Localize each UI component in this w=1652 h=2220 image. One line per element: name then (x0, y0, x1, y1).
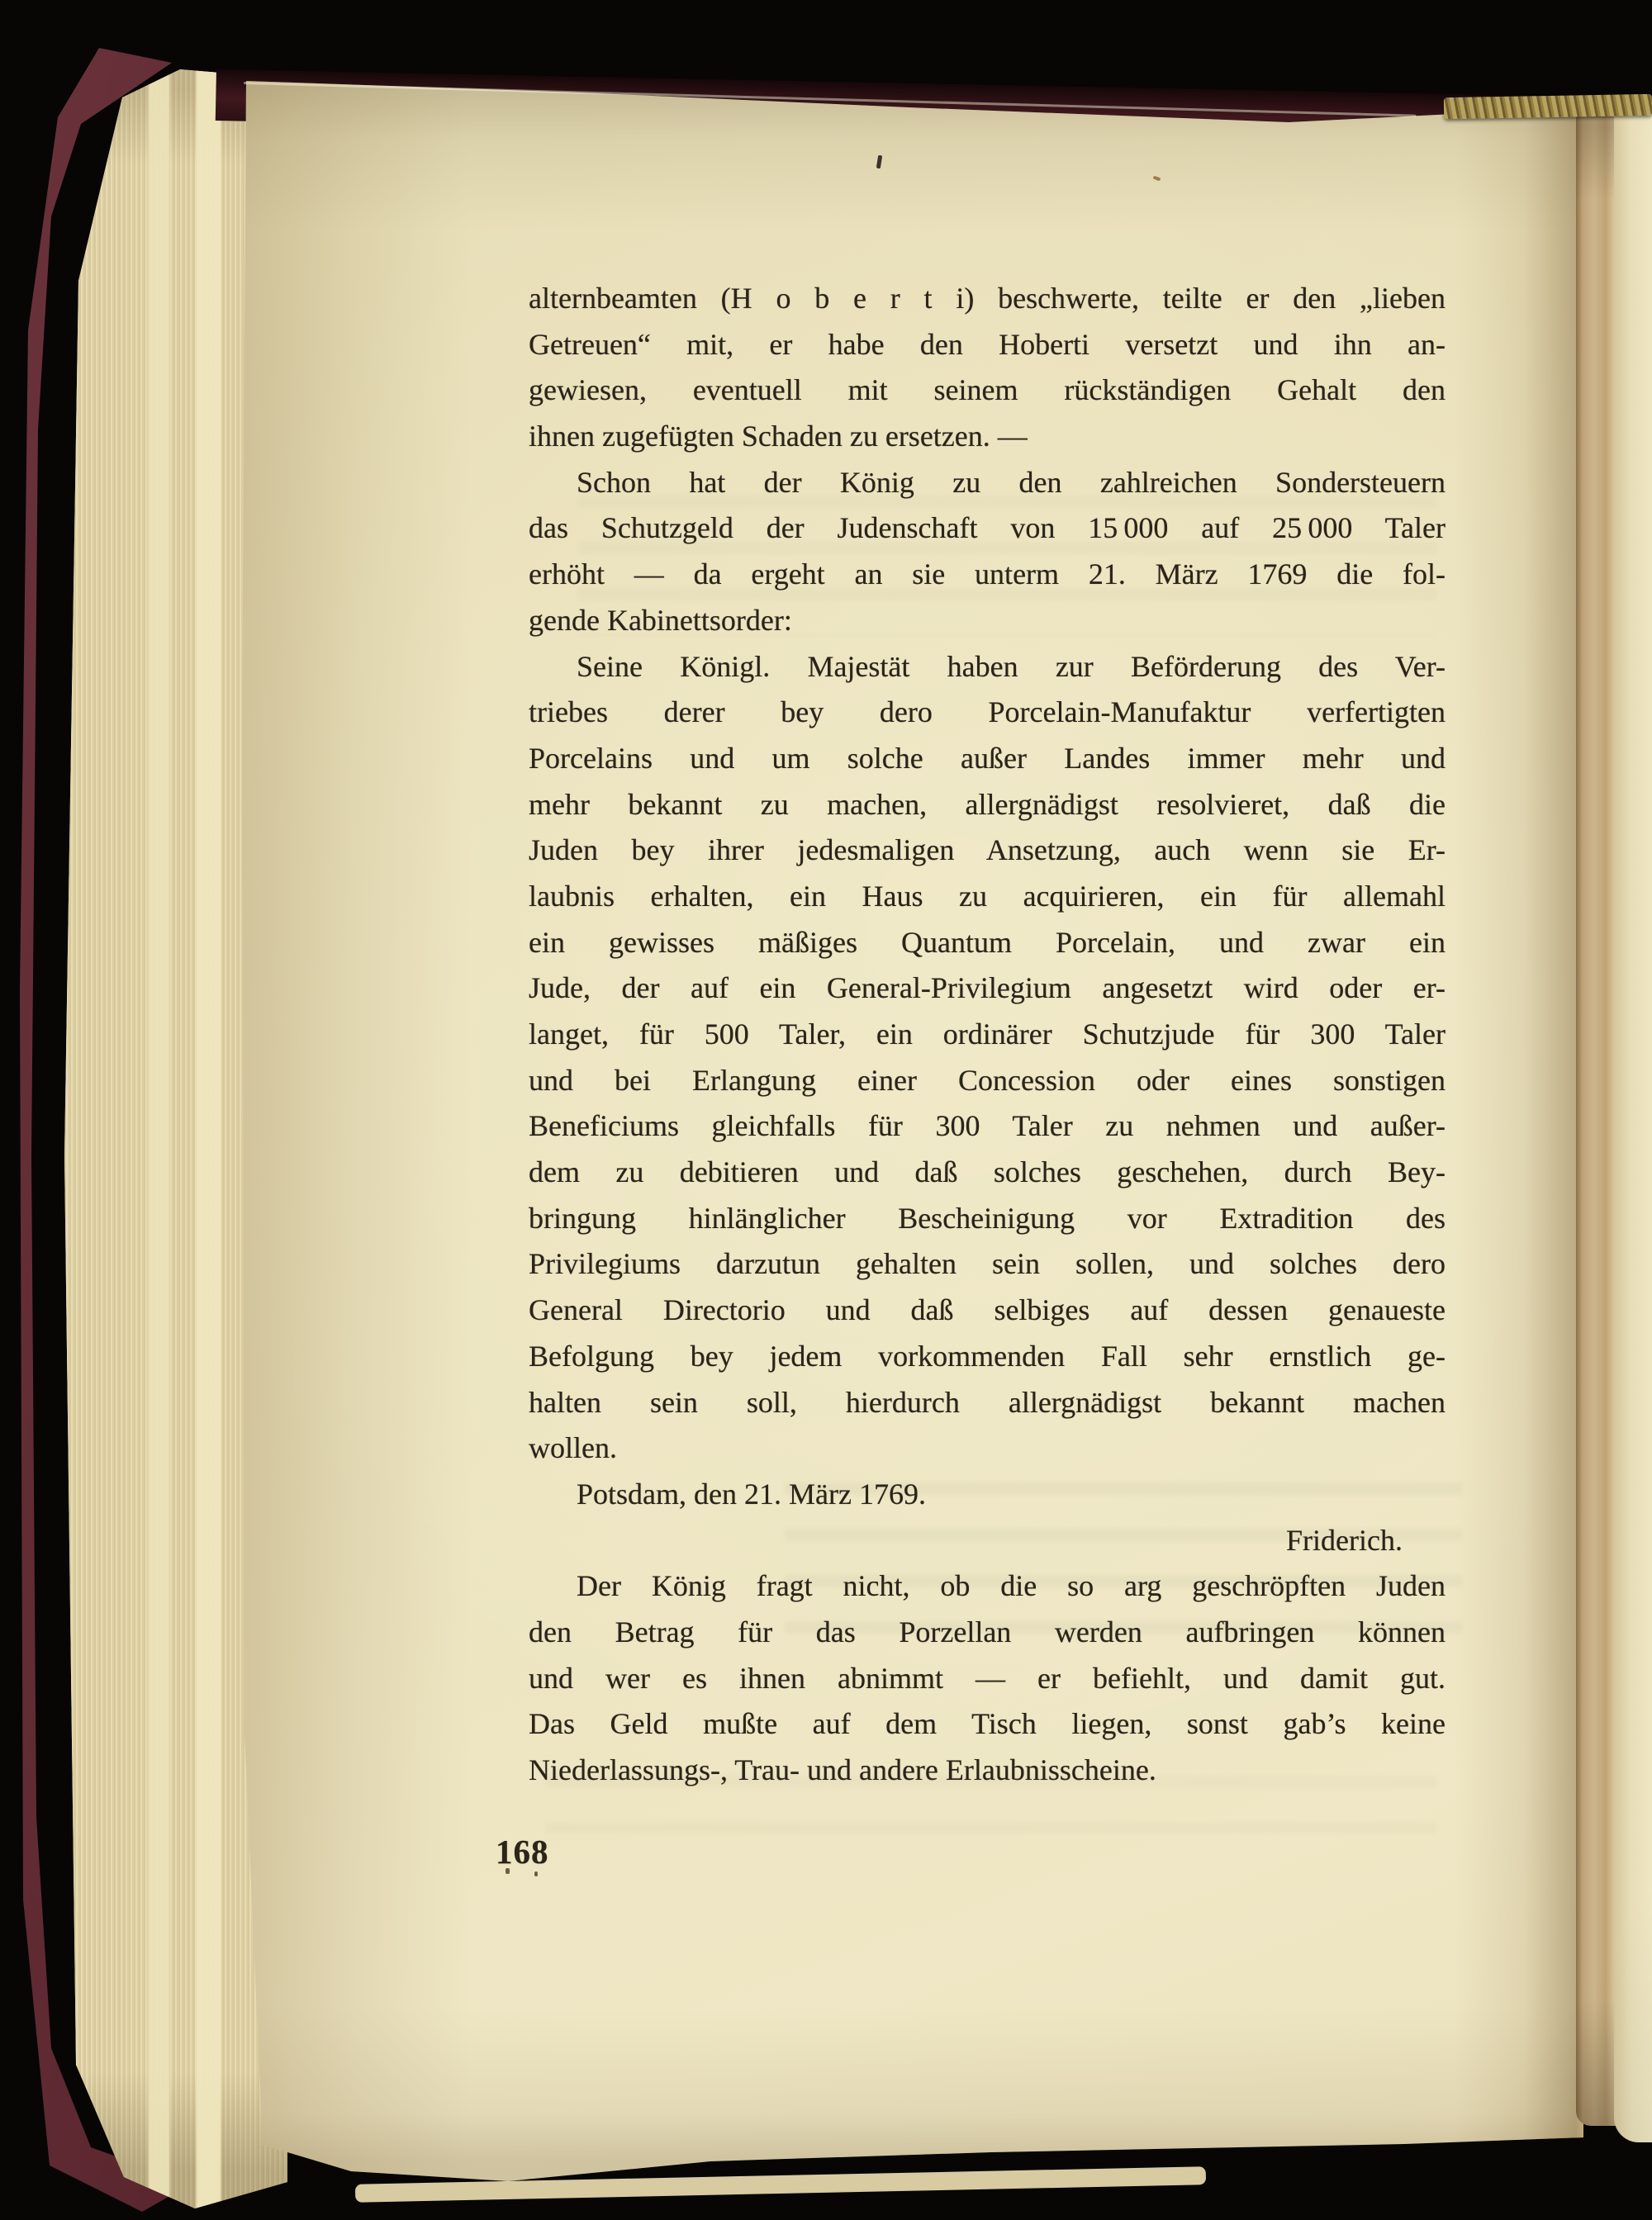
gutter-shadow (1576, 101, 1617, 2126)
text-line: langet, für 500 Taler, ein ordinärer Sch… (529, 1012, 1445, 1058)
text-line: Der König fragt nicht, ob die so arg ges… (529, 1563, 1445, 1610)
text-line: Potsdam, den 21. März 1769. (529, 1472, 1445, 1518)
text-line: laubnis erhalten, ein Haus zu acquiriere… (529, 874, 1445, 920)
text-line: General Directorio und daß selbiges auf … (529, 1288, 1445, 1334)
text-line: Getreuen“ mit, er habe den Hoberti verse… (529, 322, 1445, 368)
text-line: erhöht — da ergeht an sie unterm 21. Mär… (529, 552, 1445, 598)
page-number: 168 (496, 1832, 549, 1871)
text-line: Juden bey ihrer jedesmaligen Ansetzung, … (529, 828, 1445, 874)
text-line: gende Kabinettsorder: (529, 598, 1445, 644)
text-line: Schon hat der König zu den zahlreichen S… (529, 460, 1445, 506)
text-line: Beneficiums gleichfalls für 300 Taler zu… (529, 1103, 1445, 1150)
text-line: Friderich. (529, 1518, 1445, 1564)
text-line: Das Geld mußte auf dem Tisch liegen, son… (529, 1701, 1445, 1748)
text-line: wollen. (529, 1425, 1445, 1472)
text-line: Jude, der auf ein General-Privilegium an… (529, 965, 1445, 1012)
text-line: Seine Königl. Majestät haben zur Beförde… (529, 644, 1445, 690)
text-line: das Schutzgeld der Judenschaft von 15 00… (529, 505, 1445, 552)
text-line: halten sein soll, hierdurch allergnädigs… (529, 1380, 1445, 1426)
text-line: bringung hinlänglicher Bescheinigung vor… (529, 1196, 1445, 1242)
book-photograph: { "document": { "type": "printed-book-pa… (0, 0, 1652, 2220)
text-line: ein gewisses mäßiges Quantum Porcelain, … (529, 920, 1445, 966)
text-line: dem zu debitieren und daß solches gesche… (529, 1150, 1445, 1196)
text-line: den Betrag für das Porzellan werden aufb… (529, 1610, 1445, 1656)
text-line: triebes derer bey dero Porcelain-Manufak… (529, 690, 1445, 736)
text-line: Befolgung bey jedem vorkommenden Fall se… (529, 1334, 1445, 1380)
text-line: ihnen zugefügten Schaden zu ersetzen. — (529, 414, 1445, 460)
ink-speck (534, 1871, 538, 1876)
text-line: und wer es ihnen abnimmt — er befiehlt, … (529, 1656, 1445, 1702)
text-line: Niederlassungs-, Trau- und andere Erlaub… (529, 1748, 1445, 1794)
text-line: alternbeamten (H o b e r t i) beschwerte… (529, 276, 1445, 322)
ink-speck (506, 1868, 510, 1874)
page-text: alternbeamten (H o b e r t i) beschwerte… (529, 276, 1445, 1794)
text-line: Porcelains und um solche außer Landes im… (529, 736, 1445, 782)
text-line: mehr bekannt zu machen, allergnädigst re… (529, 782, 1445, 828)
text-line: Privilegiums darzutun gehalten sein soll… (529, 1241, 1445, 1288)
facing-page-edge (1614, 102, 1652, 2142)
text-line: gewiesen, eventuell mit seinem rückständ… (529, 368, 1445, 414)
headband (1444, 94, 1652, 119)
text-line: und bei Erlangung einer Concession oder … (529, 1058, 1445, 1104)
